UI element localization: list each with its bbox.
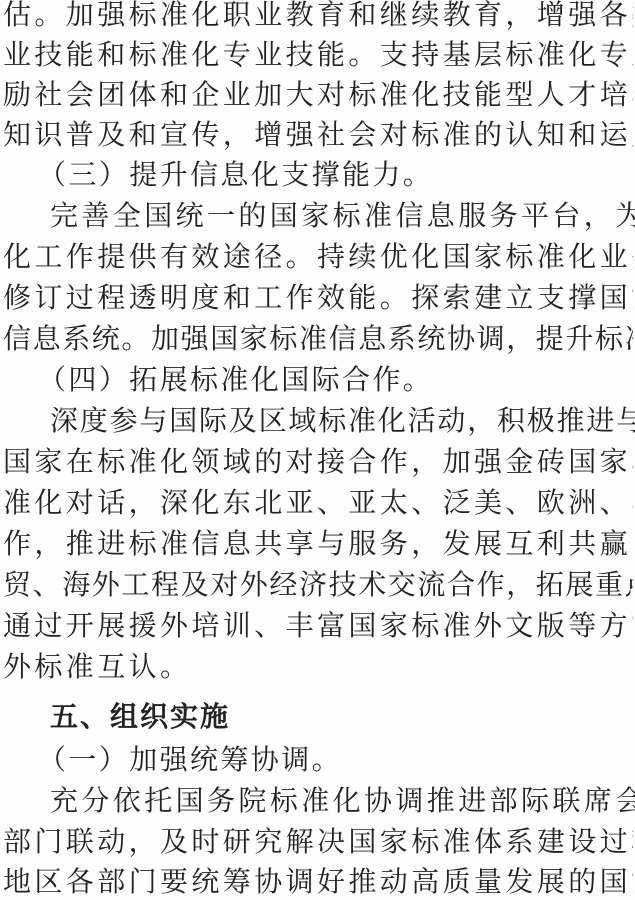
body-line: 地区各部门要统筹协调好推动高质量发展的国家标准体系建设工	[3, 862, 633, 900]
body-line: 化工作提供有效途径。持续优化国家标准化业务系统，提高标准制	[3, 237, 633, 277]
body-line: 估。加强标准化职业教育和继续教育，增强各类标准化从业人员职	[3, 0, 633, 35]
section-subheading: （四）拓展标准化国际合作。	[38, 360, 635, 400]
body-line: 贸、海外工程及对外经济技术交流合作，拓展重点领域标准化交流，	[3, 565, 633, 605]
body-line: 业技能和标准化专业技能。支持基层标准化专业人才队伍建设，鼓	[3, 35, 633, 75]
body-line: 通过开展援外培训、丰富国家标准外文版等方式，推进重点领域中	[3, 606, 633, 646]
body-line: 知识普及和宣传，增强社会对标准的认知和运用。	[3, 115, 633, 155]
body-line: 信息系统。加强国家标准信息系统协调，提升标准化信息服务能力。	[3, 319, 633, 359]
section-subheading: （一）加强统筹协调。	[38, 740, 635, 780]
body-line: 外标准互认。	[3, 647, 633, 687]
body-line: 国家在标准化领域的对接合作，加强金砖国家、亚太经合组织等标	[3, 442, 633, 482]
paragraph-first-line: 充分依托国务院标准化协调推进部际联席会议制度，加强相关	[50, 781, 635, 821]
body-line: 修订过程透明度和工作效能。探索建立支撑国家标准数字化转型的	[3, 278, 633, 318]
document-page: 估。加强标准化职业教育和继续教育，增强各类标准化从业人员职 业技能和标准化专业技…	[0, 0, 635, 900]
paragraph-first-line: 深度参与国际及区域标准化活动，积极推进与共建“一带一路”	[50, 401, 635, 441]
section-heading: 五、组织实施	[50, 697, 635, 737]
section-subheading: （三）提升信息化支撑能力。	[38, 155, 635, 195]
body-line: 作，推进标准信息共享与服务，发展互利共赢的合作关系。围绕外	[3, 524, 633, 564]
paragraph-first-line: 完善全国统一的国家标准信息服务平台，为各方广泛参与标准	[50, 196, 635, 236]
body-line: 励社会团体和企业加大对标准化技能型人才培养使用。加强标准化	[3, 75, 633, 115]
body-line: 准化对话，深化东北亚、亚太、泛美、欧洲、非洲等区域标准化合	[3, 483, 633, 523]
body-line: 部门联动，及时研究解决国家标准体系建设过程中的重大问题。各	[3, 822, 633, 862]
